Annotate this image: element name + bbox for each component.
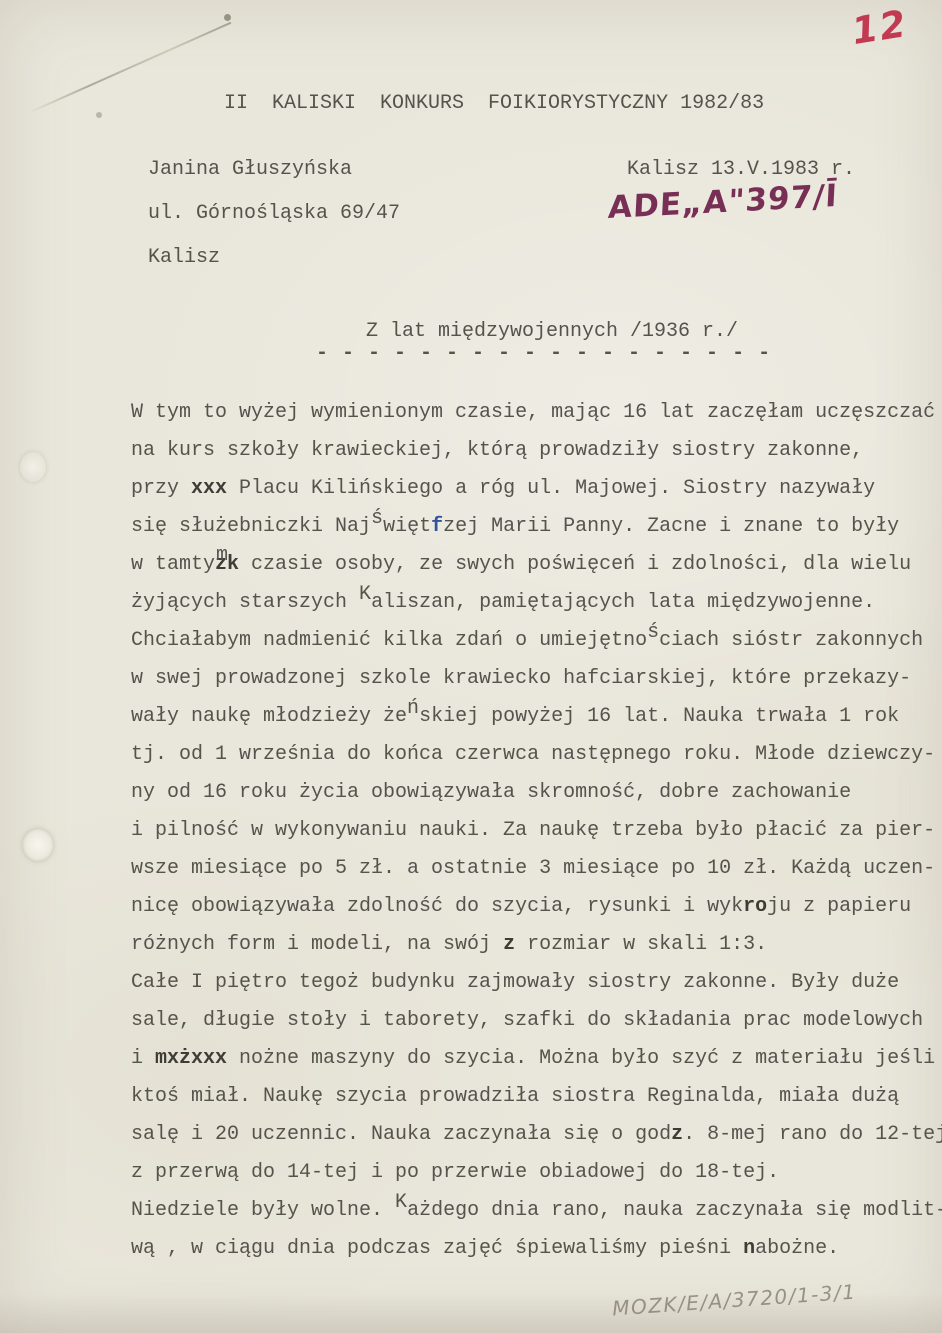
handwritten-archive-annotation: ADE„A"397/Ī [607, 178, 839, 226]
staple-crease-mark [28, 22, 231, 114]
typed-line: wały naukę młodzieży żeńskiej powyżej 16… [131, 698, 942, 736]
staple-speck [96, 112, 102, 118]
typed-line: W tym to wyżej wymienionym czasie, mając… [131, 394, 942, 432]
typed-line: żyjących starszych Kaliszan, pamiętający… [131, 584, 942, 622]
author-address: ul. Górnośląska 69/47 [148, 202, 400, 226]
typed-line: ktoś miał. Naukę szycia prowadziła siost… [131, 1078, 942, 1116]
handwritten-page-number: 12 [849, 2, 911, 53]
author-name: Janina Głuszyńska [148, 158, 352, 182]
typed-line: w swej prowadzonej szkole krawiecko hafc… [131, 660, 942, 698]
typed-line: nicę obowiązywała zdolność do szycia, ry… [131, 888, 942, 926]
document-title: Z lat międzywojennych /1936 r./ [366, 320, 738, 344]
typed-line: się służebniczki Najświętfzej Marii Pann… [131, 508, 942, 546]
staple-speck [224, 14, 231, 21]
typed-line: przy xxx Placu Kilińskiego a róg ul. Maj… [131, 470, 942, 508]
typed-line: sale, długie stoły i taborety, szafki do… [131, 1002, 942, 1040]
hole-punch-mark [22, 828, 54, 862]
author-city: Kalisz [148, 246, 220, 270]
typed-line: w tamtyzkm czasie osoby, ze swych poświę… [131, 546, 942, 584]
typed-line: wą , w ciągu dnia podczas zajęć śpiewali… [131, 1230, 942, 1268]
handwritten-archive-code: MOZK/E/A/3720/1-3/1 [611, 1279, 857, 1320]
scanned-document-page: 12 II KALISKI KONKURS FOIKIORYSTYCZNY 19… [0, 0, 942, 1333]
title-underline: - - - - - - - - - - - - - - - - - - [316, 342, 771, 366]
document-body: W tym to wyżej wymienionym czasie, mając… [131, 394, 942, 1268]
typed-line: Chciałabym nadmienić kilka zdań o umieję… [131, 622, 942, 660]
paper-stain [20, 452, 46, 482]
typed-line: ny od 16 roku życia obowiązywała skromno… [131, 774, 942, 812]
typed-line: Całe I piętro tegoż budynku zajmowały si… [131, 964, 942, 1002]
typed-line: i pilność w wykonywaniu nauki. Za naukę … [131, 812, 942, 850]
typed-line: tj. od 1 września do końca czerwca nastę… [131, 736, 942, 774]
typed-line: i mxżxxx nożne maszyny do szycia. Można … [131, 1040, 942, 1078]
typed-line: Niedziele były wolne. Każdego dnia rano,… [131, 1192, 942, 1230]
typed-line: wsze miesiące po 5 zł. a ostatnie 3 mies… [131, 850, 942, 888]
typed-line: różnych form i modeli, na swój z rozmiar… [131, 926, 942, 964]
typed-line: z przerwą do 14-tej i po przerwie obiado… [131, 1154, 942, 1192]
typed-line: na kurs szkoły krawieckiej, którą prowad… [131, 432, 942, 470]
contest-title: II KALISKI KONKURS FOIKIORYSTYCZNY 1982/… [224, 92, 764, 116]
typed-line: salę i 20 uczennic. Nauka zaczynała się … [131, 1116, 942, 1154]
